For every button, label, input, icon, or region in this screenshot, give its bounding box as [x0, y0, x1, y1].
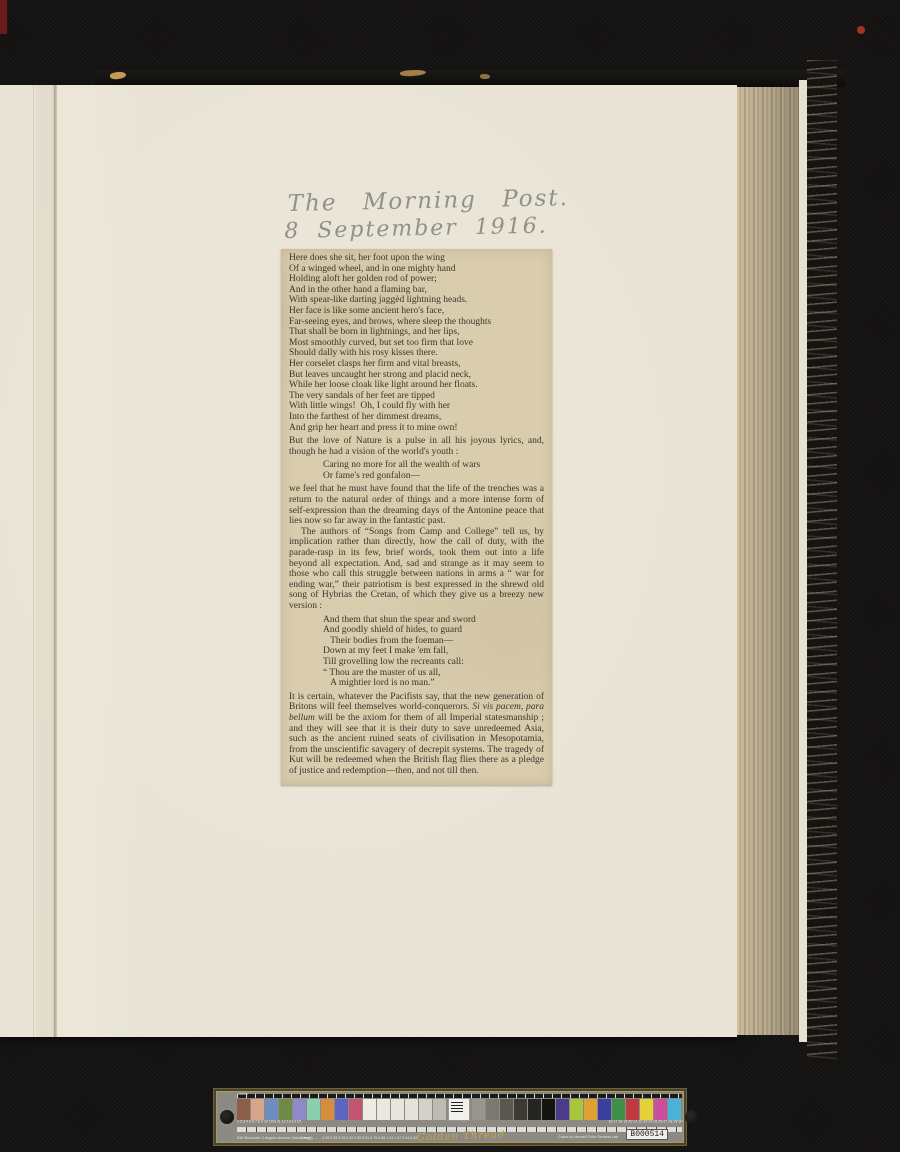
color-patch [279, 1099, 292, 1120]
poem-line: Her face is like some ancient hero's fac… [289, 306, 544, 317]
colored-patches-right [556, 1099, 682, 1120]
poem-line: Here does she sit, her foot upon the win… [289, 253, 544, 264]
gray-scale-patches [472, 1099, 556, 1120]
verse-line: Till grovelling low the recreants call: [323, 657, 544, 668]
paragraph-text: will be the axiom for them of all Imperi… [289, 713, 544, 776]
gutter-fold [54, 85, 57, 1037]
registration-circle-left [220, 1110, 234, 1124]
caption-source: The Morning Post. [287, 185, 569, 217]
poem-line: While her loose cloak like light around … [289, 380, 544, 391]
verse-line: And them that shun the spear and sword [323, 615, 544, 626]
color-patch [433, 1099, 446, 1120]
poem-line: The very sandals of her feet are tipped [289, 391, 544, 402]
red-mark-top-right [857, 26, 865, 34]
page-crease [33, 85, 34, 1037]
poem-line: And in the other hand a flaming bar, [289, 285, 544, 296]
verse-line: Or fame's red gonfalon— [323, 471, 544, 482]
cover-damage-speck [480, 74, 490, 79]
poem-line: And grip her heart and press it to mine … [289, 423, 544, 434]
poem-line: That shall be born in lightnings, and he… [289, 327, 544, 338]
color-patch [307, 1099, 320, 1120]
cover-inner-edge [799, 80, 807, 1042]
poem-line: With spear-like darting jaggèd lightning… [289, 295, 544, 306]
newspaper-clipping: Here does she sit, her foot upon the win… [281, 249, 552, 785]
verse-quote: Caring no more for all the wealth of war… [323, 460, 544, 481]
color-patch [321, 1099, 334, 1120]
brand-script: Golden Thread [417, 1129, 506, 1143]
color-patch [237, 1099, 250, 1120]
poem-line: Holding aloft her golden rod of power; [289, 274, 544, 285]
paragraph: But the love of Nature is a pulse in all… [289, 436, 544, 457]
poem-line: Into the farthest of her dimmest dreams, [289, 412, 544, 423]
color-patch-row [237, 1099, 682, 1120]
colored-patches-left [237, 1099, 363, 1120]
color-patch [391, 1099, 404, 1120]
patch-number-row: 1 2 3 4 5 6 7 8 9 10 10½ 11 12 13 14 15 … [237, 1120, 682, 1126]
verse-quote: And them that shun the spear and swordAn… [323, 615, 544, 689]
color-patch [349, 1099, 362, 1120]
color-patch [363, 1099, 376, 1120]
color-patch [570, 1099, 583, 1120]
verse-line: Caring no more for all the wealth of war… [323, 460, 544, 471]
target-footer: D50 Illuminant, 2 degree observer (tabsh… [237, 1133, 682, 1140]
color-patch [668, 1099, 681, 1120]
color-patch [419, 1099, 432, 1120]
color-patch [251, 1099, 264, 1120]
color-patch [528, 1099, 541, 1120]
color-patch [486, 1099, 499, 1120]
paragraph: The authors of “Songs from Camp and Coll… [289, 527, 544, 612]
color-patch [265, 1099, 278, 1120]
color-patch [335, 1099, 348, 1120]
munsell-credit: Colors by Munsell Color Services Lab [558, 1135, 618, 1139]
registration-circle-right [685, 1110, 699, 1124]
poem-line: Most smoothly curved, but set too firm t… [289, 338, 544, 349]
cover-damage-speck [110, 71, 127, 80]
red-mark-top-left [0, 0, 7, 34]
paragraph: It is certain, whatever the Pacifists sa… [289, 692, 544, 777]
paragraph: we feel that he must have found that the… [289, 484, 544, 526]
color-patch [584, 1099, 597, 1120]
color-calibration-target: inches 1 2 3 4 5 6 7 8 9 10 10½ 11 12 13… [213, 1088, 687, 1146]
poem-line: Her corselet clasps her firm and vital b… [289, 359, 544, 370]
stacked-page-edges [737, 87, 799, 1035]
color-patch [556, 1099, 569, 1120]
color-patch [640, 1099, 653, 1120]
verse-line: Their bodies from the foeman— [323, 636, 544, 647]
color-patch [500, 1099, 513, 1120]
ruler-units-label: inches [238, 1093, 248, 1096]
poem-line: Far-seeing eyes, and brows, where sleep … [289, 317, 544, 328]
poem-line: Of a winged wheel, and in one mighty han… [289, 264, 544, 275]
verse-line: And goodly shield of hides, to guard [323, 625, 544, 636]
resolution-test-card [448, 1098, 470, 1121]
patch-numbers-right: 16 17 18 19 20 21 22 23 24 25 26 27 28 2… [608, 1120, 682, 1124]
color-patch [514, 1099, 527, 1120]
color-patch [598, 1099, 611, 1120]
calibration-target-frame: inches 1 2 3 4 5 6 7 8 9 10 10½ 11 12 13… [216, 1091, 684, 1143]
color-patch [654, 1099, 667, 1120]
color-patch [626, 1099, 639, 1120]
patch-numbers-left: 1 2 3 4 5 6 7 8 9 10 10½ 11 12 13 14 15 [237, 1120, 301, 1124]
poem-line: With little wings! Oh, I could fly with … [289, 401, 544, 412]
color-patch [472, 1099, 485, 1120]
color-patch [377, 1099, 390, 1120]
poem-block: Here does she sit, her foot upon the win… [289, 253, 544, 433]
handwritten-caption: The Morning Post. 8 September 1916. [287, 185, 569, 244]
serial-number: B000514 [626, 1129, 668, 1140]
color-patch [612, 1099, 625, 1120]
poem-line: But leaves uncaught her strong and placi… [289, 370, 544, 381]
ruler-scale: inches [237, 1094, 682, 1098]
color-patch [542, 1099, 555, 1120]
color-patch [405, 1099, 418, 1120]
scanned-album-page: The Morning Post. 8 September 1916. Here… [0, 0, 900, 1152]
color-patch [293, 1099, 306, 1120]
verse-line: A mightier lord is no man.” [323, 678, 544, 689]
leather-cover-edge [807, 60, 837, 1060]
white-patches [363, 1099, 419, 1120]
light-gray-patches [419, 1099, 447, 1120]
verse-line: Down at my feet I make 'em fall, [323, 646, 544, 657]
calibration-target-body: inches 1 2 3 4 5 6 7 8 9 10 10½ 11 12 13… [237, 1094, 682, 1140]
verse-line: “ Thou are the master of us all, [323, 668, 544, 679]
poem-line: Should dally with his rosy kisses there. [289, 348, 544, 359]
density-values: Density —→ 0.06 0.09 0.15 0.22 0.36 0.51… [301, 1136, 417, 1140]
